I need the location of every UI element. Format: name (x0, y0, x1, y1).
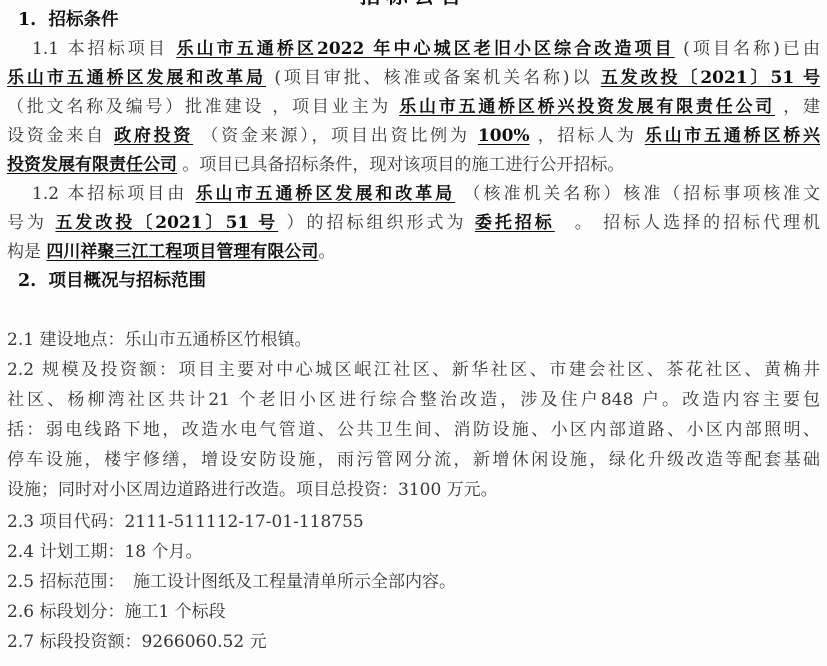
text-line: 1.1 本招标项目 乐山市五通桥区2022 年中心城区老旧小区综合改造项目 (项… (7, 35, 820, 64)
underlined-value: 五发改投〔2021〕51 号 (601, 68, 820, 88)
text-line: （批文名称及编号）批准建设 ，项目业主为 乐山市五通桥区桥兴投资发展有限责任公司… (7, 93, 820, 122)
text-run: ，建 (775, 97, 820, 117)
text-line: 停车设施，楼宇修缮，增设安防设施，雨污管网分流，新增休闲设施，绿化升级改造等配套… (7, 445, 820, 475)
text-line: 设资金来自 政府投资 （资金来源），项目出资比例为 100% ，招标人为 乐山市… (7, 122, 820, 151)
text-run: 停车设施，楼宇修缮，增设安防设施，雨污管网分流，新增休闲设施，绿化升级改造等配套… (7, 450, 820, 470)
underlined-value: 乐山市五通桥区桥兴投资发展有限责任公司 (399, 97, 775, 117)
document-page: 招标公告1. 招标条件1.1 本招标项目 乐山市五通桥区2022 年中心城区老旧… (0, 0, 827, 657)
text-run: ）的招标组织形式为 (278, 213, 475, 233)
text-run: 设资金来自 (7, 126, 114, 146)
text-line: 括：弱电线路下地，改造水电气管道、公共卫生间、消防设施、小区内部道路、小区内部照… (7, 415, 820, 445)
text-run: 2.7 标段投资额：9266060.52 元 (7, 632, 267, 652)
text-run: 括：弱电线路下地，改造水电气管道、公共卫生间、消防设施、小区内部道路、小区内部照… (7, 420, 820, 440)
text-run: 2.4 计划工期：18 个月。 (7, 542, 202, 562)
text-line: 2.5 招标范围： 施工设计图纸及工程量清单所示全部内容。 (7, 567, 820, 597)
text-run: （核准机关名称）核准（招标事项核准文 (455, 184, 820, 204)
text-run: 2.3 项目代码：2111-511112-17-01-118755 (7, 512, 364, 532)
text-run: 社区、杨柳湾社区共计21 个老旧小区进行综合整治改造，涉及住户848 户。改造内… (7, 390, 820, 410)
underlined-value: 乐山市五通桥区2022 年中心城区老旧小区综合改造项目 (176, 39, 674, 59)
underlined-value: 四川祥聚三江工程项目管理有限公司 (46, 242, 318, 262)
text-line: 2.3 项目代码：2111-511112-17-01-118755 (7, 507, 820, 537)
text-run: 构是 (7, 242, 46, 262)
underlined-value: 委托招标 (475, 213, 555, 233)
underlined-value: 政府投资 (114, 126, 193, 146)
text-line: 投资发展有限责任公司 。项目已具备招标条件，现对该项目的施工进行公开招标。 (7, 151, 820, 180)
underlined-value: 乐山市五通桥区发展和改革局 (196, 184, 456, 204)
underlined-value: 乐山市五通桥区桥兴 (645, 126, 820, 146)
text-run: 2.2 规模及投资额：项目主要对中心城区岷江社区、新华社区、市建会社区、茶花社区… (7, 360, 820, 380)
blank-line (7, 296, 820, 325)
text-line: 2.6 标段划分：施工1 个标段 (7, 597, 820, 627)
underlined-value: 100% (478, 126, 530, 146)
text-line: 号为 五发改投〔2021〕51 号 ）的招标组织形式为 委托招标 。 招标人选择… (7, 209, 820, 238)
section-heading: 2. 项目概况与招标范围 (7, 267, 820, 296)
text-line: 1.2 本招标项目由 乐山市五通桥区发展和改革局 （核准机关名称）核准（招标事项… (7, 180, 820, 209)
text-run: ，招标人为 (530, 126, 645, 146)
text-run: （批文名称及编号）批准建设 ，项目业主为 (7, 97, 399, 117)
text-run: （资金来源），项目出资比例为 (193, 126, 478, 146)
text-line: 2.4 计划工期：18 个月。 (7, 537, 820, 567)
text-run: (项目审批、核准或备案机关名称)以 (266, 68, 601, 88)
text-run: 1.1 本招标项目 (32, 39, 176, 59)
text-run: 。 (318, 242, 335, 262)
text-line: 2.7 标段投资额：9266060.52 元 (7, 627, 820, 657)
text-run: (项目名称)已由 (675, 39, 820, 59)
document-viewport: { "page": { "width": 827, "height": 666,… (0, 0, 827, 666)
section-heading: 1. 招标条件 (7, 6, 820, 35)
text-run: 2.5 招标范围： 施工设计图纸及工程量清单所示全部内容。 (7, 572, 456, 592)
text-run: 2.1 建设地点：乐山市五通桥区竹根镇。 (7, 330, 311, 350)
text-line: 社区、杨柳湾社区共计21 个老旧小区进行综合整治改造，涉及住户848 户。改造内… (7, 385, 820, 415)
text-run: 。 招标人选择的招标代理机 (555, 213, 820, 233)
text-line: 构是 四川祥聚三江工程项目管理有限公司。 (7, 238, 820, 267)
underlined-value: 五发改投〔2021〕51 号 (55, 213, 278, 233)
text-line: 2.1 建设地点：乐山市五通桥区竹根镇。 (7, 325, 820, 355)
text-line: 设施；同时对小区周边道路进行改造。项目总投资：3100 万元。 (7, 475, 820, 505)
text-run: 2.6 标段划分：施工1 个标段 (7, 602, 226, 622)
text-line: 2.2 规模及投资额：项目主要对中心城区岷江社区、新华社区、市建会社区、茶花社区… (7, 355, 820, 385)
underlined-value: 投资发展有限责任公司 (7, 155, 177, 175)
text-run: 号为 (7, 213, 55, 233)
text-run: 1.2 本招标项目由 (32, 184, 196, 204)
underlined-value: 乐山市五通桥区发展和改革局 (7, 68, 266, 88)
text-run: 设施；同时对小区周边道路进行改造。项目总投资：3100 万元。 (7, 480, 498, 500)
text-line: 乐山市五通桥区发展和改革局 (项目审批、核准或备案机关名称)以 五发改投〔202… (7, 64, 820, 93)
text-run: 。项目已具备招标条件，现对该项目的施工进行公开招标。 (177, 155, 624, 175)
